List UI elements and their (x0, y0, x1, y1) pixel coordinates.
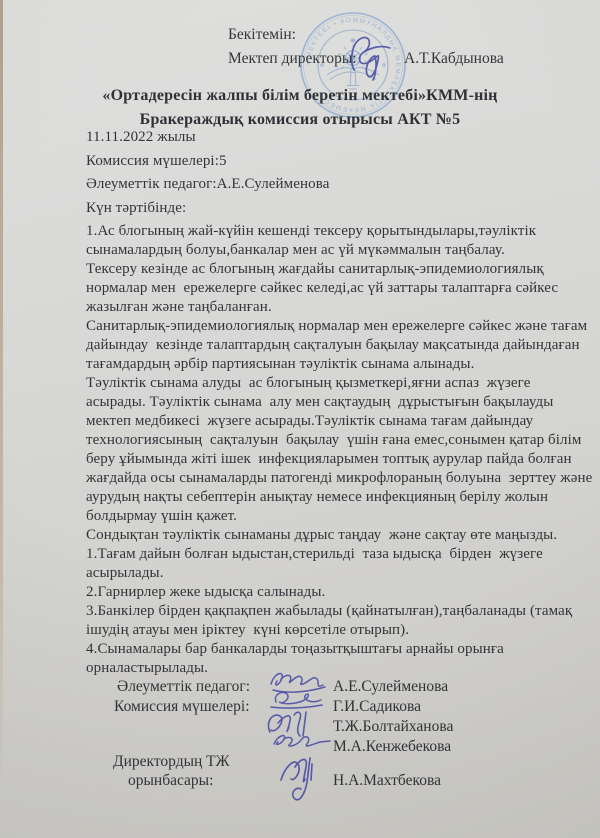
kenzhebekova-signature (270, 731, 332, 751)
inspection-paragraph: Тексеру кезінде ас блогының жағдайы сани… (86, 260, 591, 317)
boltaikhanova-signature (261, 708, 315, 742)
director-label: Мектеп директоры: (228, 50, 357, 68)
date-line: 11.11.2022 жылы (86, 128, 591, 147)
deputy-label-line1: Директордың ТЖ (113, 753, 230, 771)
rule-1: 1.Тағам дайын болған ыдыстан,стерильді т… (86, 545, 591, 583)
director-name: А.Т.Кабдынова (404, 50, 504, 68)
member-name-1: Г.И.Садикова (333, 698, 421, 716)
rule-3: 3.Банкілер бірден қақпақпен жабылады (қа… (86, 602, 591, 640)
rule-2: 2.Гарнирлер жеке ыдысқа салынады. (86, 583, 591, 602)
member-name-2: Т.Ж.Болтайханова (333, 718, 453, 736)
document-photo: • МЕКТЕБІ • КОММУНАЛДЫҚ МЕМЛЕКЕТТІК МЕКЕ… (0, 0, 600, 838)
agenda-heading: Күн тәртібінде: (86, 199, 591, 218)
commission-count-line: Комиссия мүшелері:5 (86, 152, 591, 171)
social-pedagog-name: А.Е.Сулейменова (333, 678, 448, 696)
conclusion-line: Сондықтан тәуліктік сынаманы дұрыс таңда… (86, 526, 591, 545)
sadikova-signature (268, 689, 326, 711)
deputy-name: Н.А.Махтбекова (333, 772, 441, 790)
agenda-item-1: 1.Ас блогының жай-күйін кешенді тексеру … (86, 222, 591, 260)
commission-members-signature-label: Комиссия мүшелері: (114, 698, 250, 716)
social-pedagog-signature-label: Әлеуметтік педагог: (117, 678, 250, 696)
sample-paragraph: Тәуліктік сынама алуды ас блогының қызме… (86, 374, 591, 526)
deputy-label-line2: орынбасары: (128, 772, 213, 790)
document-title-line2: Бракераждық комиссия отырысы АКТ №5 (0, 111, 600, 129)
makhtbekova-signature (274, 750, 322, 808)
rule-4: 4.Сынамалары бар банкаларды тоңазытқышта… (86, 640, 591, 678)
sanitary-paragraph: Санитарлық-эпидемиологиялық нормалар мен… (86, 317, 591, 374)
document-title-line1: «Ортадересін жалпы білім беретін мектебі… (0, 87, 600, 105)
approve-label: Бекітемін: (228, 26, 296, 44)
document-body: 11.11.2022 жылы Комиссия мүшелері:5 Әлеу… (86, 128, 591, 678)
social-pedagog-line: Әлеуметтік педагог:А.Е.Сулейменова (86, 175, 591, 194)
member-name-3: М.А.Кенжебекова (333, 738, 451, 756)
